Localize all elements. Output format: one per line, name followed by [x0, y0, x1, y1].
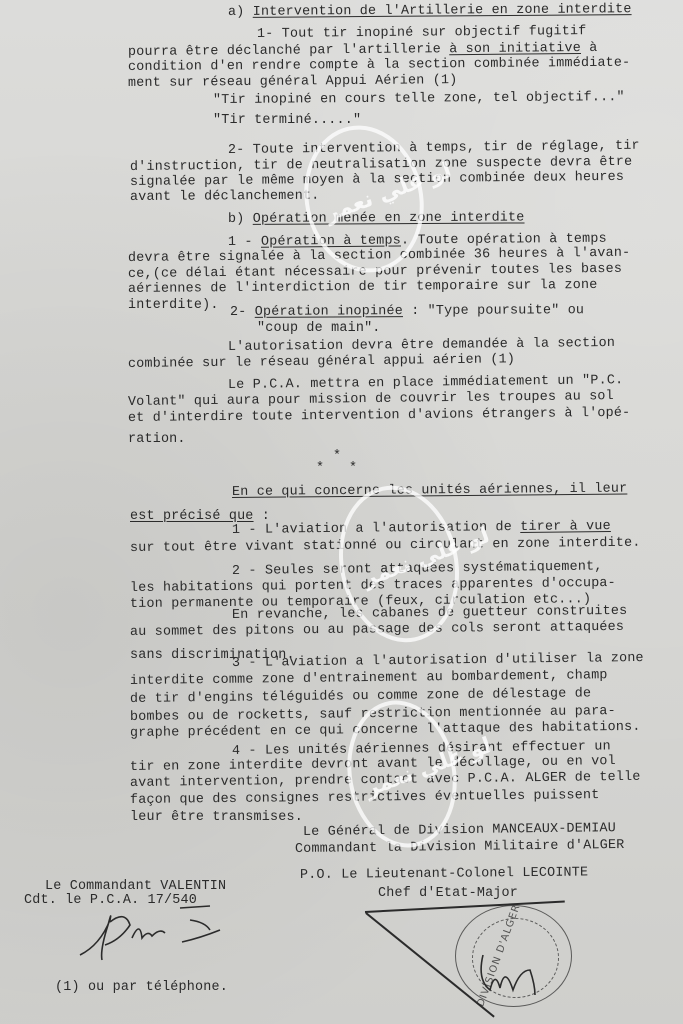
- air4-line4: façon que des consignes restrictives éve…: [130, 788, 600, 808]
- a1-line4: ment sur réseau général Appui Aérien (1): [128, 73, 458, 91]
- footnote: (1) ou par téléphone.: [55, 980, 228, 995]
- air3-line2: interdite comme zone d'entrainement au b…: [130, 668, 608, 689]
- air1-line1: 1 - L'aviation a l'autorisation de tirer…: [232, 519, 611, 538]
- air-intro-title: En ce qui concerne les unités aériennes,…: [232, 482, 627, 500]
- a1-quote1: "Tir inopiné en cours telle zone, tel ob…: [213, 90, 625, 108]
- a2-line4: avant le déclanchement.: [130, 189, 320, 205]
- lecointe-signature-icon: [475, 940, 555, 1000]
- b1-line4: aériennes de l'interdiction de tir tempo…: [128, 278, 598, 297]
- general-signature-line1: Le Général de Division MANCEAUX-DEMIAU: [303, 821, 616, 840]
- a1-line1: 1- Tout tir inopiné sur objectif fugitif: [257, 24, 587, 42]
- air4-line5: leur être transmises.: [130, 810, 303, 825]
- section-b-title: Opération menée en zone interdite: [253, 210, 525, 226]
- a1-line3: condition d'en rendre compte à la sectio…: [128, 56, 631, 75]
- section-b-prefix: b): [228, 212, 253, 227]
- b3-line2: combinée sur le réseau général appui aér…: [128, 352, 515, 372]
- document-page: a) Intervention de l'Artillerie en zone …: [0, 0, 683, 1024]
- section-a-prefix: a): [228, 5, 253, 20]
- b4-line4: ration.: [128, 432, 186, 447]
- right-signatory-line2: Chef d'Etat-Major: [378, 886, 518, 901]
- air-intro-line2: est précisé que :: [130, 509, 270, 524]
- b1-title: Opération à temps: [261, 233, 401, 249]
- a1-quote2: "Tir terminé.....": [213, 113, 361, 128]
- section-b-heading: b) Opération menée en zone interdite: [228, 210, 525, 227]
- air1-line2: sur tout être vivant stationné ou circul…: [130, 536, 641, 556]
- right-signatory-line1: P.O. Le Lieutenant-Colonel LECOINTE: [300, 865, 588, 883]
- section-a-heading: a) Intervention de l'Artillerie en zone …: [228, 2, 632, 20]
- b2-line2: "coup de main".: [257, 321, 381, 336]
- a1-line2-end: à: [581, 41, 598, 56]
- left-signatory-line1: Le Commandant VALENTIN: [45, 879, 226, 894]
- a1-initiative-emphasis: à son initiative: [449, 41, 581, 57]
- b2-number: 2-: [230, 305, 255, 320]
- b2-line1-text: : "Type poursuite" ou: [403, 303, 584, 319]
- b1-line5: interdite).: [128, 298, 219, 313]
- air2b-line2: au sommet des pitons ou au passage des c…: [130, 620, 624, 640]
- air1-fire-at-sight: tirer à vue: [520, 519, 611, 535]
- section-a-title: Intervention de l'Artillerie en zone int…: [253, 2, 632, 20]
- general-signature-line2: Commandant la Division Militaire d'ALGER: [295, 838, 625, 857]
- b2-line1: 2- Opération inopinée : "Type poursuite"…: [230, 303, 584, 320]
- valentin-signature-icon: [70, 900, 230, 970]
- b1-number: 1 -: [228, 235, 261, 250]
- air-intro-emphasis: est précisé que: [130, 509, 254, 524]
- air3-line3: de tir d'engins téléguidés ou comme zone…: [130, 686, 591, 707]
- b2-title: Opération inopinée: [255, 304, 403, 320]
- b3-line1: L'autorisation devra être demandée à la …: [228, 336, 615, 355]
- asterism-bottom: * *: [316, 461, 357, 476]
- air-intro-line1: En ce qui concerne les unités aériennes,…: [232, 482, 627, 500]
